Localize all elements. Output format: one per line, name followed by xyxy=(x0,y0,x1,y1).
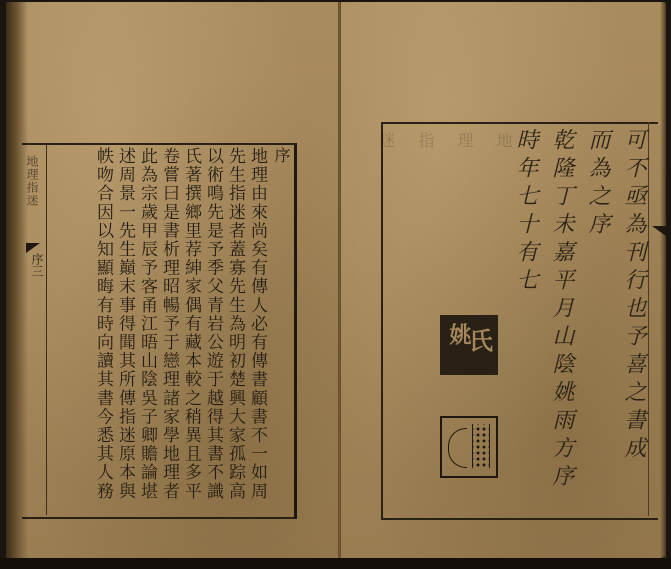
banxin-center-strip: 地理指迷 序三 xyxy=(22,143,47,515)
preface-heading: 序 xyxy=(268,147,292,513)
banxin-page-label: 序三 xyxy=(29,253,46,277)
handwritten-column: 可不亟為刊行也予喜之書成 xyxy=(620,128,648,508)
scan-bottom-edge xyxy=(0,558,671,569)
seal-dots-glyph xyxy=(472,424,490,468)
intaglio-seal-icon xyxy=(440,416,498,478)
relief-seal-icon: 姚 氏 xyxy=(440,315,498,375)
handwritten-inscription: 可不亟為刊行也予喜之書成 而為之序 乾隆丁未嘉平月山陰姚雨方序 時年七十有七 xyxy=(520,128,648,508)
fishtail-mark-icon xyxy=(652,226,666,236)
seal-glyph: 氏 xyxy=(469,321,493,356)
text-column: 氏著撰鄉里荐紳家偶有藏本較之稍異且多平洋一 xyxy=(180,147,202,513)
ghost-char: 理 xyxy=(453,132,476,332)
text-column: 此為宗歲甲辰予客甬江晤山陰吳子卿贍論堪輿學 xyxy=(136,147,158,513)
text-column: 地理由來尚矣有傳人必有傳書顧書不一如周景一 xyxy=(246,147,268,513)
ghost-char: 迷 xyxy=(375,132,398,332)
text-column: 以術鳴先是予季父青岩公遊于越得其書不識為誰 xyxy=(202,147,224,513)
fishtail-mark-icon xyxy=(26,243,40,253)
preface-text-block: 序 地理由來尚矣有傳人必有傳書顧書不一如周景一 先生指迷者蓋寡先生為明初楚興大家… xyxy=(46,147,292,513)
book-gutter xyxy=(338,2,341,558)
text-column: 卷嘗曰是書析理昭暢予于戀理諸家學地理者宜以 xyxy=(158,147,180,513)
handwritten-column: 乾隆丁未嘉平月山陰姚雨方序 xyxy=(548,128,576,508)
banxin-book-title: 地理指迷 xyxy=(24,155,41,207)
seal-fan-glyph xyxy=(448,428,467,468)
text-column: 先生指迷者蓋寡先生為明初楚興大家孤踪高蹈下 xyxy=(224,147,246,513)
handwritten-column: 時年七十有七 xyxy=(512,128,540,508)
right-banxin-edge xyxy=(648,122,657,516)
text-column: 述周景一先生巔末事得聞其所傳指迷原本與予舊 xyxy=(114,147,136,513)
text-column: 帙吻合因以知顯晦有時向讀其書今悉其人務實學 xyxy=(92,147,114,513)
book-spread: 地理指迷 序三 序 地理由來尚矣有傳人必有傳書顧書不一如周景一 先生指迷者蓋寡先… xyxy=(0,0,671,569)
ghost-char: 指 xyxy=(414,132,437,332)
handwritten-column: 而為之序 xyxy=(584,128,612,508)
bleed-through-text: 地 理 指 迷 xyxy=(395,132,515,332)
seal-glyph: 姚 xyxy=(446,323,470,367)
